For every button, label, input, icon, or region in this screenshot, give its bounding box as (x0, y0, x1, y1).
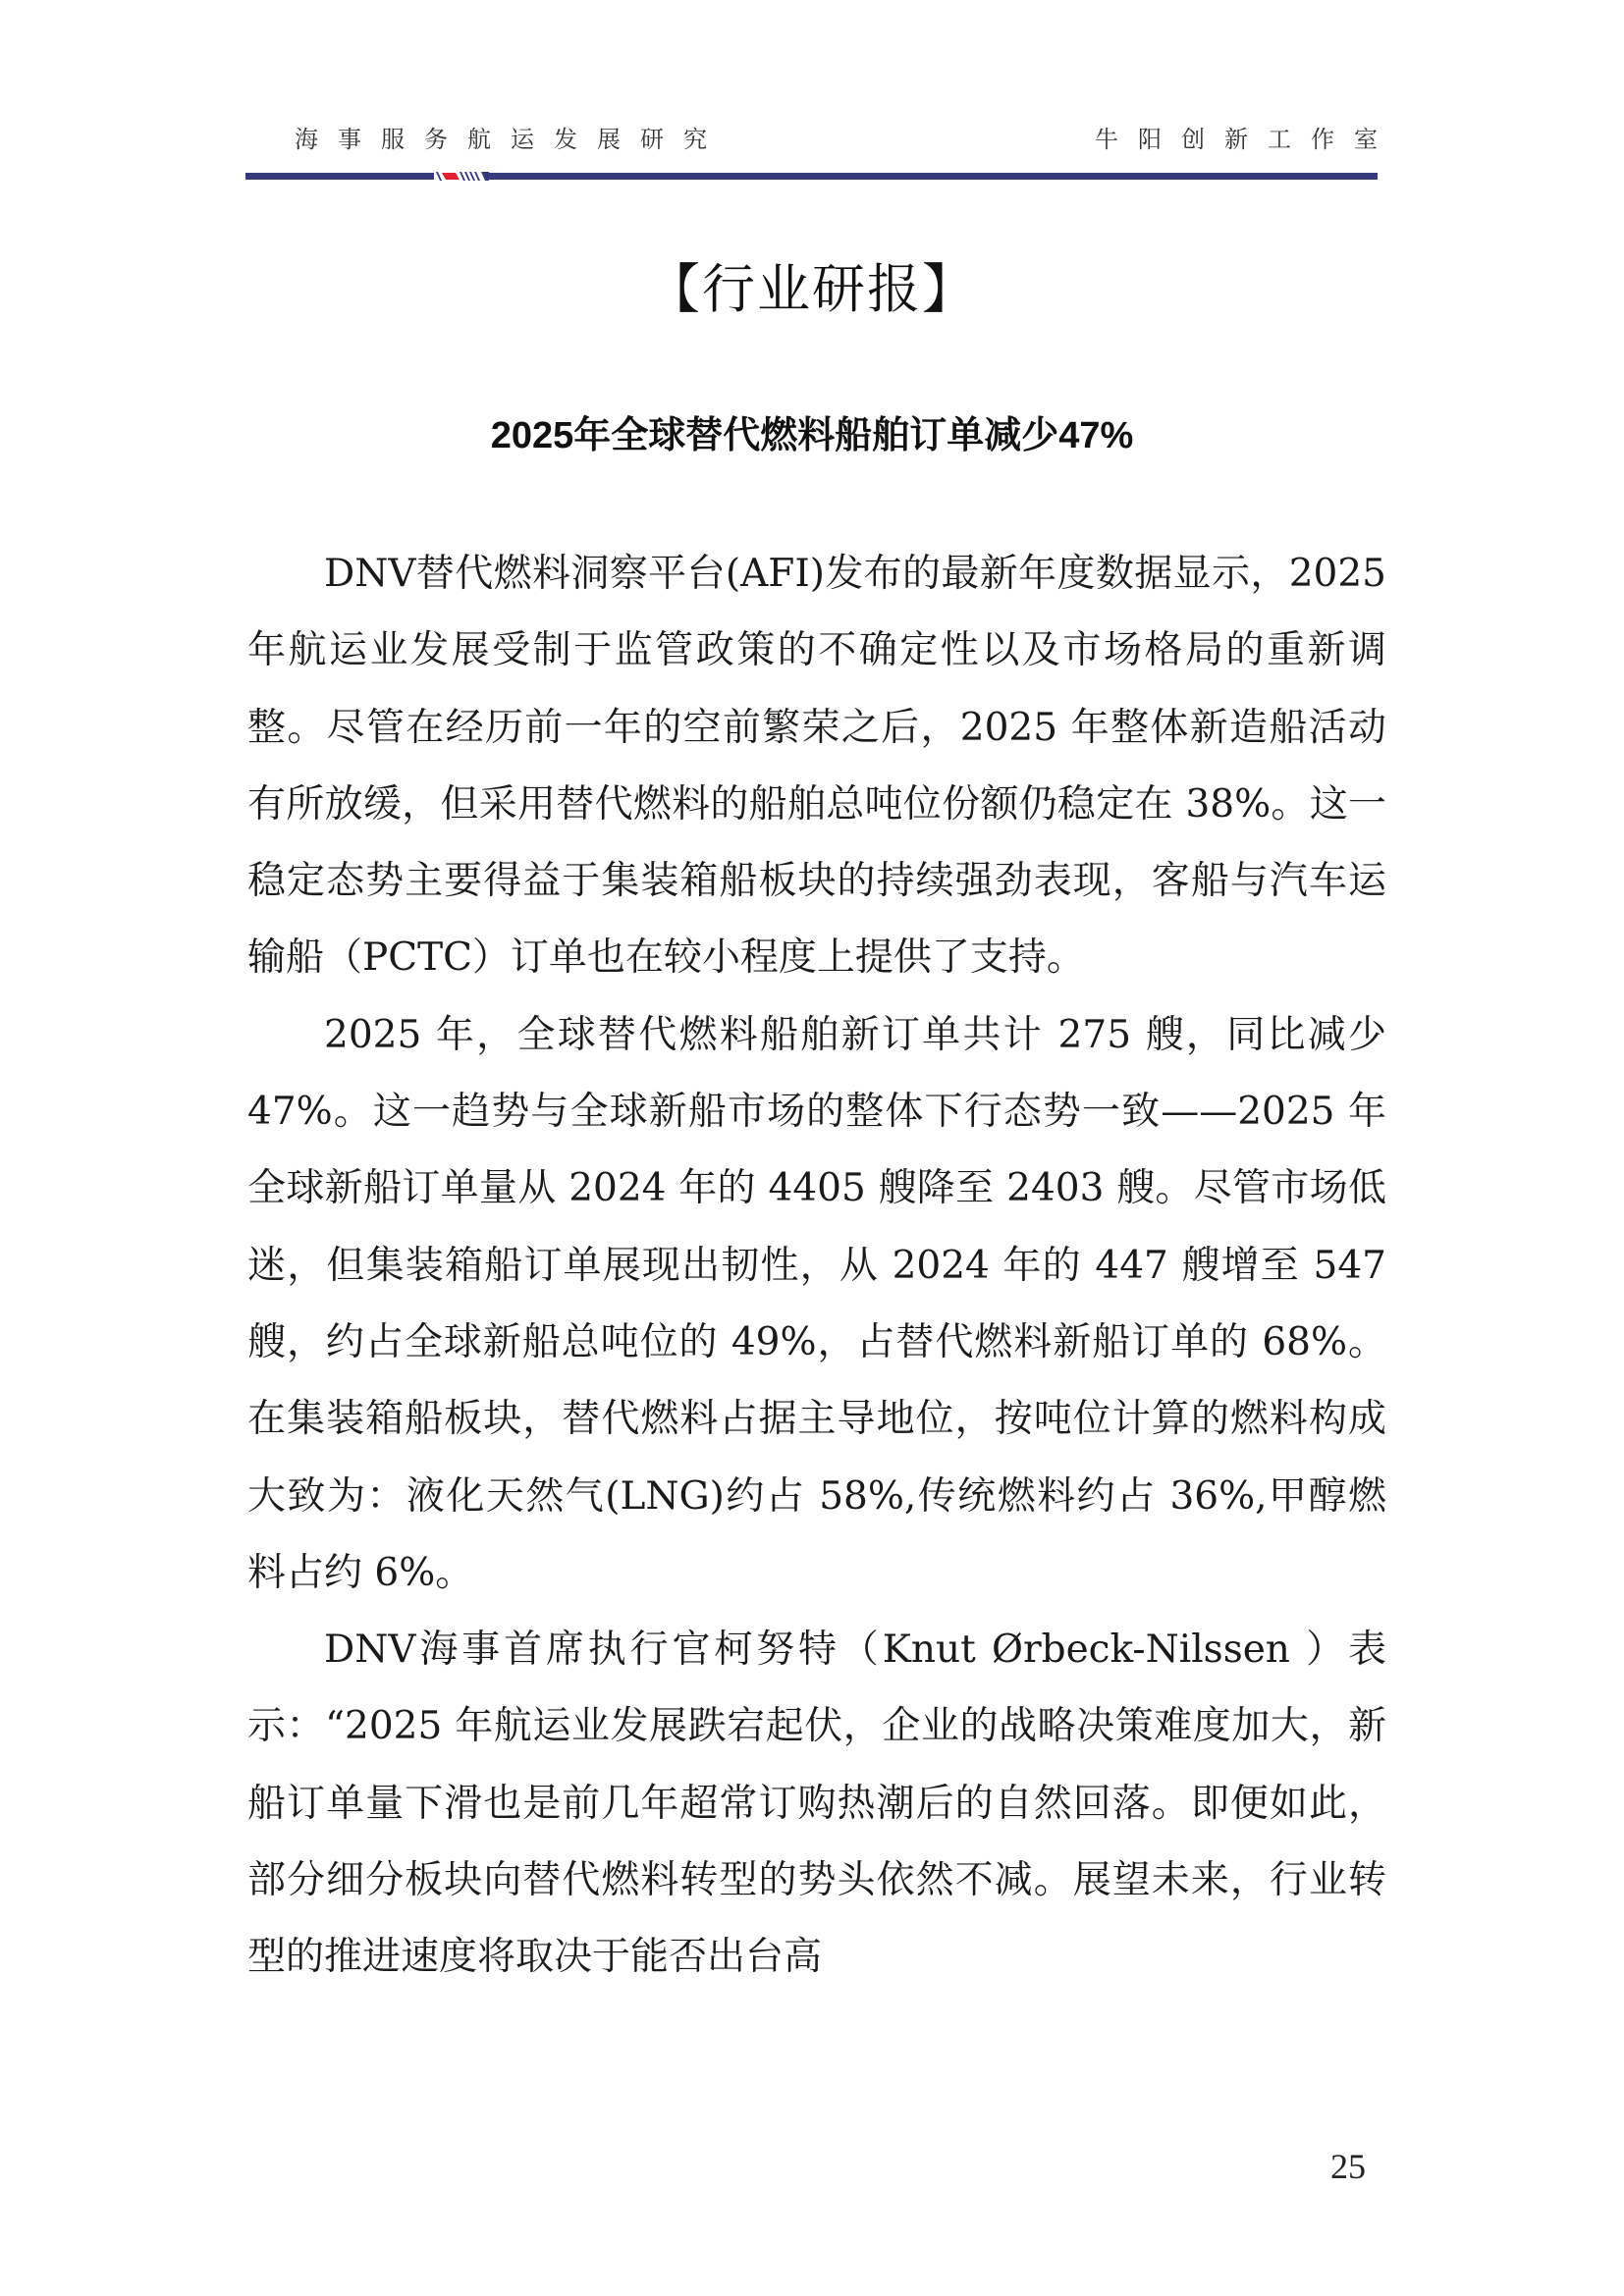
running-header: 海事服务航运发展研究 牛阳创新工作室 (245, 116, 1378, 155)
header-studio-name: 牛阳创新工作室 (1095, 120, 1397, 154)
header-rule (245, 173, 1378, 180)
paragraph: DNV替代燃料洞察平台(AFI)发布的最新年度数据显示，2025 年航运业发展受… (247, 536, 1386, 997)
paragraph: 2025 年，全球替代燃料船舶新订单共计 275 艘，同比减少 47%。这一趋势… (247, 997, 1386, 1612)
rule-accent-stripes-icon (434, 172, 489, 181)
article-body: DNV替代燃料洞察平台(AFI)发布的最新年度数据显示，2025 年航运业发展受… (247, 536, 1386, 1997)
section-title: 【行业研报】 (0, 247, 1624, 323)
header-publication-title: 海事服务航运发展研究 (295, 120, 727, 154)
page-number: 25 (1330, 2146, 1366, 2187)
paragraph: DNV海事首席执行官柯努特（Knut Ørbeck-Nilssen ）表示：“2… (247, 1612, 1386, 1996)
article-title: 2025年全球替代燃料船舶订单减少47% (0, 404, 1624, 458)
